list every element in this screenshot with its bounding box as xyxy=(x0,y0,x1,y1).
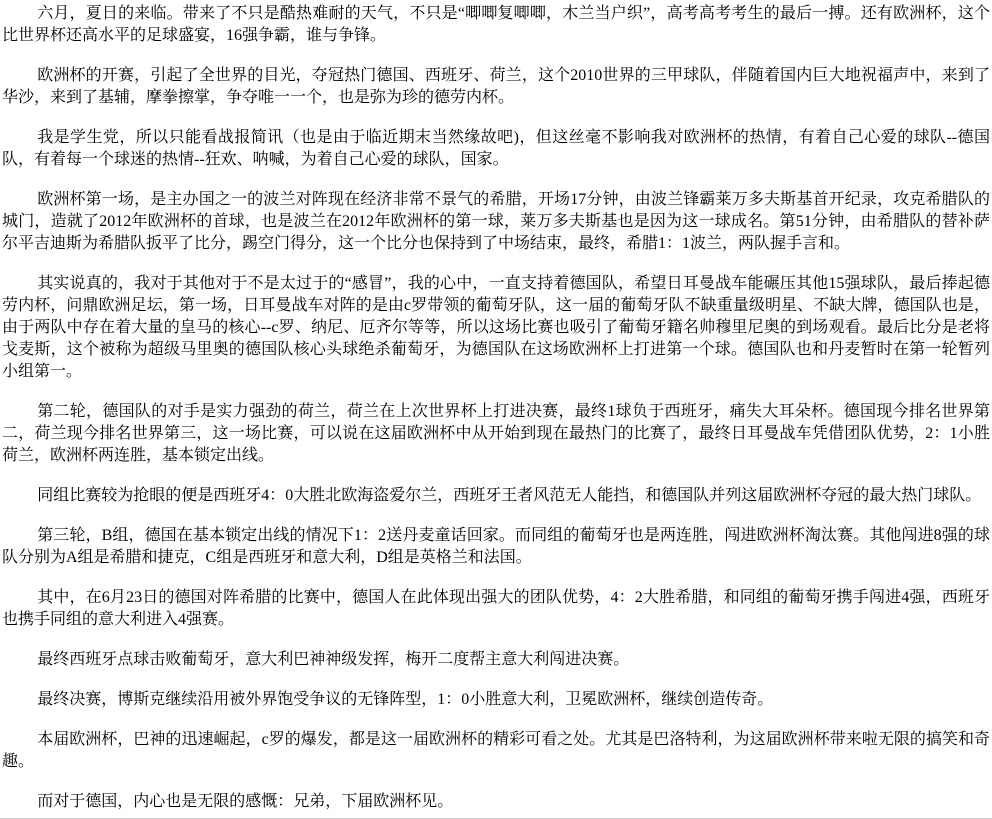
article-paragraph: 最终决赛，博斯克继续沿用被外界饱受争议的无锋阵型，1：0小胜意大利，卫冕欧洲杯，… xyxy=(2,689,990,711)
article-paragraph: 欧洲杯的开赛，引起了全世界的目光，夺冠热门德国、西班牙、荷兰，这个2010世界的… xyxy=(2,65,990,109)
article-paragraph: 其中，在6月23日的德国对阵希腊的比赛中，德国人在此体现出强大的团队优势，4：2… xyxy=(2,587,990,631)
article-paragraph: 欧洲杯第一场，是主办国之一的波兰对阵现在经济非常不景气的希腊，开场17分钟，由波… xyxy=(2,189,990,255)
article-paragraph: 第二轮，德国队的对手是实力强劲的荷兰，荷兰在上次世界杯上打进决赛，最终1球负于西… xyxy=(2,401,990,467)
article-paragraph: 我是学生党，所以只能看战报简讯（也是由于临近期末当然缘故吧)，但这丝毫不影响我对… xyxy=(2,127,990,171)
article-paragraph: 其实说真的，我对于其他对于不是太过于的“感冒”，我的心中，一直支持着德国队，希望… xyxy=(2,273,990,383)
article-paragraph: 同组比赛较为抢眼的便是西班牙4：0大胜北欧海盗爱尔兰，西班牙王者风范无人能挡，和… xyxy=(2,485,990,507)
article-paragraph: 而对于德国，内心也是无限的感慨：兄弟，下届欧洲杯见。 xyxy=(2,791,990,813)
article-paragraph: 本届欧洲杯，巴神的迅速崛起，c罗的爆发，都是这一届欧洲杯的精彩可看之处。尤其是巴… xyxy=(2,729,990,773)
article-paragraph: 最终西班牙点球击败葡萄牙，意大利巴神神级发挥，梅开二度帮主意大利闯进决赛。 xyxy=(2,649,990,671)
article-paragraph: 第三轮，B组，德国在基本锁定出线的情况下1：2送丹麦童话回家。而同组的葡萄牙也是… xyxy=(2,525,990,569)
article-paragraph: 六月，夏日的来临。带来了不只是酷热难耐的天气，不只是“唧唧复唧唧，木兰当户织”，… xyxy=(2,3,990,47)
document-page: 六月，夏日的来临。带来了不只是酷热难耐的天气，不只是“唧唧复唧唧，木兰当户织”，… xyxy=(0,0,992,819)
article-body: 六月，夏日的来临。带来了不只是酷热难耐的天气，不只是“唧唧复唧唧，木兰当户织”，… xyxy=(0,0,992,813)
